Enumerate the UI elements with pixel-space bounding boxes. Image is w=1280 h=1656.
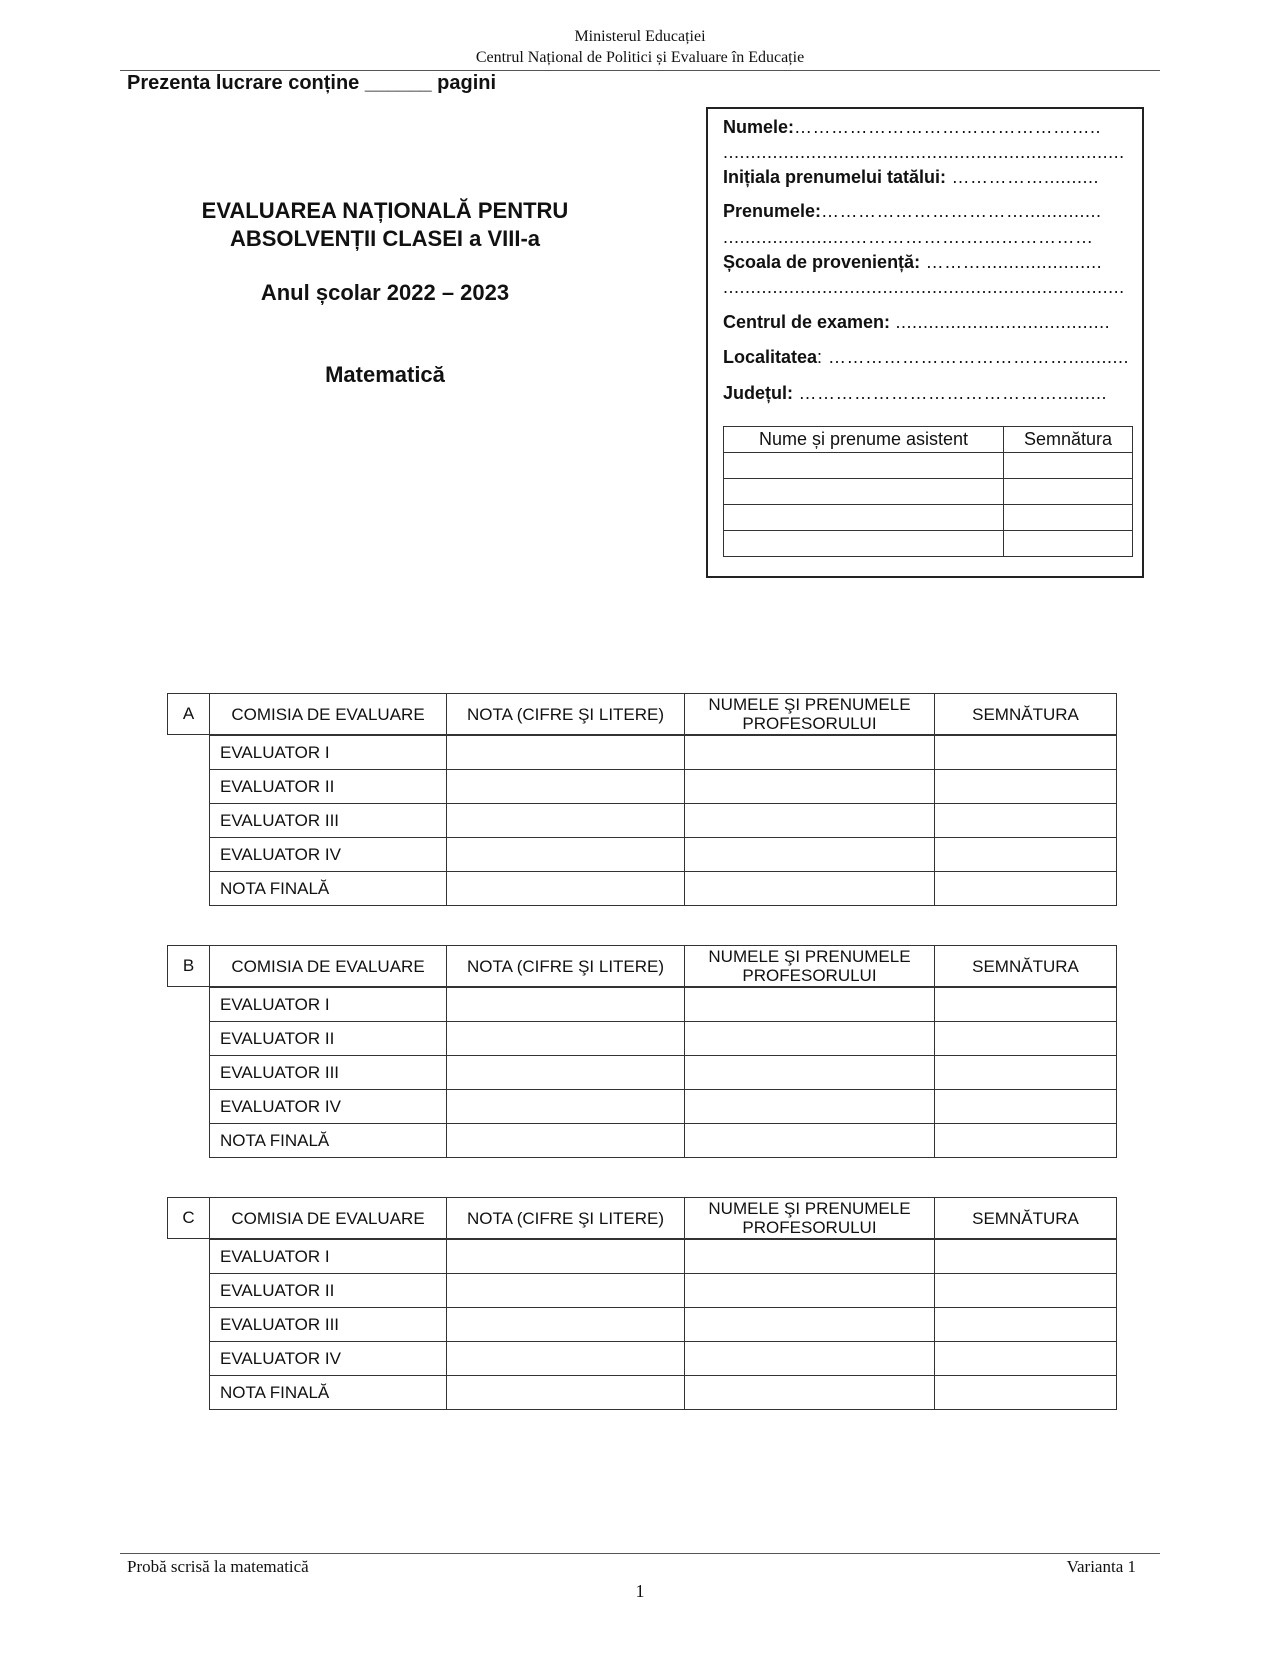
teacher-name-cell-final-grade[interactable]	[684, 1123, 935, 1158]
table-section-letter: A	[167, 693, 210, 735]
assistant-signature-cell[interactable]	[1004, 453, 1133, 479]
exam-title: EVALUAREA NAȚIONALĂ PENTRU ABSOLVENȚII C…	[170, 197, 600, 253]
pages-count-note[interactable]: Prezenta lucrare conține ______ pagini	[127, 72, 496, 95]
assistant-table-header: Nume și prenume asistentSemnătura	[724, 427, 1133, 453]
row-label-evaluator-i: EVALUATOR I	[209, 1239, 447, 1274]
signature-cell-evaluator-ii[interactable]	[934, 1273, 1117, 1308]
signature-cell-final-grade[interactable]	[934, 1123, 1117, 1158]
teacher-name-cell-evaluator-iii[interactable]	[684, 1055, 935, 1090]
id-field[interactable]: Școala de proveniență: ………..............…	[723, 252, 1133, 273]
header-grade: NOTA (CIFRE ŞI LITERE)	[446, 945, 685, 987]
exam-title-line1: EVALUAREA NAȚIONALĂ PENTRU	[170, 197, 600, 225]
id-field[interactable]: Localitatea: …………………………………...........	[723, 347, 1133, 368]
center-name: Centrul Național de Politici și Evaluare…	[0, 49, 1280, 67]
header-teacher-name: NUMELE ŞI PRENUMELE PROFESORULUI	[684, 693, 935, 735]
assistant-signature-cell[interactable]	[1004, 479, 1133, 505]
header-teacher-name: NUMELE ŞI PRENUMELE PROFESORULUI	[684, 1197, 935, 1239]
id-field-dots[interactable]: ………......................	[920, 252, 1102, 272]
grade-cell-evaluator-ii[interactable]	[446, 1273, 685, 1308]
footer-rule	[120, 1553, 1160, 1554]
grade-cell-final-grade[interactable]	[446, 1123, 685, 1158]
header-rule	[120, 70, 1160, 71]
row-label-final-grade: NOTA FINALĂ	[209, 871, 447, 906]
assistant-table-row	[724, 479, 1133, 505]
assistant-signature-header: Semnătura	[1004, 427, 1133, 453]
signature-cell-evaluator-iii[interactable]	[934, 803, 1117, 838]
signature-cell-final-grade[interactable]	[934, 1375, 1117, 1410]
id-field[interactable]: Județul: …………………………………….........	[723, 383, 1133, 404]
id-field-dots[interactable]: : …………………………………...........	[817, 347, 1129, 367]
id-field-continuation[interactable]: ........................................…	[723, 142, 1133, 163]
signature-cell-evaluator-iv[interactable]	[934, 1089, 1117, 1124]
teacher-name-cell-final-grade[interactable]	[684, 1375, 935, 1410]
signature-cell-evaluator-iv[interactable]	[934, 1341, 1117, 1376]
assistant-table: Nume și prenume asistentSemnătura	[723, 426, 1133, 557]
row-label-evaluator-i: EVALUATOR I	[209, 987, 447, 1022]
row-label-final-grade: NOTA FINALĂ	[209, 1375, 447, 1410]
id-field-continuation[interactable]: ........................................…	[723, 277, 1133, 298]
signature-cell-evaluator-i[interactable]	[934, 735, 1117, 770]
row-label-evaluator-iv: EVALUATOR IV	[209, 1089, 447, 1124]
row-label-evaluator-i: EVALUATOR I	[209, 735, 447, 770]
header-grade: NOTA (CIFRE ŞI LITERE)	[446, 693, 685, 735]
teacher-name-cell-evaluator-ii[interactable]	[684, 1273, 935, 1308]
id-field-label: Prenumele:	[723, 201, 821, 221]
header-signature: SEMNĂTURA	[934, 1197, 1117, 1239]
id-field-label: Județul:	[723, 383, 793, 403]
header-commission: COMISIA DE EVALUARE	[209, 1197, 447, 1239]
id-field-dots[interactable]: ……………………………..............	[821, 201, 1102, 221]
signature-cell-final-grade[interactable]	[934, 871, 1117, 906]
teacher-name-cell-evaluator-iv[interactable]	[684, 837, 935, 872]
grade-cell-evaluator-ii[interactable]	[446, 1021, 685, 1056]
teacher-name-cell-evaluator-i[interactable]	[684, 735, 935, 770]
header-teacher-name: NUMELE ŞI PRENUMELE PROFESORULUI	[684, 945, 935, 987]
grade-cell-evaluator-ii[interactable]	[446, 769, 685, 804]
footer-variant: Varianta 1	[1000, 1557, 1136, 1577]
header-commission: COMISIA DE EVALUARE	[209, 945, 447, 987]
id-field-label: Centrul de examen:	[723, 312, 890, 332]
id-field-label: Școala de proveniență:	[723, 252, 920, 272]
header-signature: SEMNĂTURA	[934, 693, 1117, 735]
id-field[interactable]: Prenumele:……………………………..............	[723, 201, 1133, 222]
footer-exam-name: Probă scrisă la matematică	[127, 1557, 309, 1577]
assistant-name-cell[interactable]	[724, 531, 1004, 557]
signature-cell-evaluator-iii[interactable]	[934, 1307, 1117, 1342]
id-field[interactable]: Inițiala prenumelui tatălui: ……………......…	[723, 167, 1133, 188]
row-label-evaluator-ii: EVALUATOR II	[209, 1021, 447, 1056]
assistant-table-row	[724, 505, 1133, 531]
row-label-evaluator-iii: EVALUATOR III	[209, 1307, 447, 1342]
assistant-signature-cell[interactable]	[1004, 505, 1133, 531]
grade-cell-final-grade[interactable]	[446, 1375, 685, 1410]
header-grade: NOTA (CIFRE ŞI LITERE)	[446, 1197, 685, 1239]
row-label-evaluator-iii: EVALUATOR III	[209, 803, 447, 838]
id-field-dots[interactable]: …………………………………………..	[794, 117, 1101, 137]
signature-cell-evaluator-ii[interactable]	[934, 769, 1117, 804]
grade-cell-evaluator-iv[interactable]	[446, 837, 685, 872]
assistant-name-header: Nume și prenume asistent	[724, 427, 1004, 453]
id-field-label: Inițiala prenumelui tatălui:	[723, 167, 946, 187]
grade-cell-evaluator-iii[interactable]	[446, 1055, 685, 1090]
grade-cell-evaluator-i[interactable]	[446, 987, 685, 1022]
row-label-evaluator-iv: EVALUATOR IV	[209, 1341, 447, 1376]
header-commission: COMISIA DE EVALUARE	[209, 693, 447, 735]
teacher-name-cell-evaluator-iv[interactable]	[684, 1089, 935, 1124]
teacher-name-cell-evaluator-iv[interactable]	[684, 1341, 935, 1376]
signature-cell-evaluator-ii[interactable]	[934, 1021, 1117, 1056]
school-year: Anul școlar 2022 – 2023	[170, 280, 600, 306]
id-field-dots[interactable]: ……………..........	[946, 167, 1099, 187]
header-signature: SEMNĂTURA	[934, 945, 1117, 987]
teacher-name-cell-final-grade[interactable]	[684, 871, 935, 906]
row-label-final-grade: NOTA FINALĂ	[209, 1123, 447, 1158]
id-field-label: Localitatea	[723, 347, 817, 367]
table-section-letter: C	[167, 1197, 210, 1239]
assistant-table-row	[724, 453, 1133, 479]
id-field-dots[interactable]: .......................................	[890, 312, 1110, 332]
signature-cell-evaluator-i[interactable]	[934, 987, 1117, 1022]
teacher-name-cell-evaluator-i[interactable]	[684, 1239, 935, 1274]
page-number: 1	[0, 1581, 1280, 1602]
id-field-label: Numele:	[723, 117, 794, 137]
grade-cell-evaluator-iii[interactable]	[446, 803, 685, 838]
signature-cell-evaluator-iv[interactable]	[934, 837, 1117, 872]
grade-cell-evaluator-iv[interactable]	[446, 1341, 685, 1376]
assistant-name-cell[interactable]	[724, 479, 1004, 505]
teacher-name-cell-evaluator-i[interactable]	[684, 987, 935, 1022]
row-label-evaluator-iii: EVALUATOR III	[209, 1055, 447, 1090]
assistant-name-cell[interactable]	[724, 505, 1004, 531]
subject: Matematică	[170, 362, 600, 388]
id-field[interactable]: Centrul de examen: .....................…	[723, 312, 1133, 333]
teacher-name-cell-evaluator-ii[interactable]	[684, 769, 935, 804]
grade-cell-evaluator-i[interactable]	[446, 735, 685, 770]
grade-cell-final-grade[interactable]	[446, 871, 685, 906]
ministry-name: Ministerul Educației	[0, 28, 1280, 46]
candidate-id-box: Județul: …………………………………….........Localita…	[706, 107, 1144, 578]
row-label-evaluator-ii: EVALUATOR II	[209, 769, 447, 804]
table-section-letter: B	[167, 945, 210, 987]
id-field-continuation[interactable]: .......................……………….…...……………	[723, 227, 1133, 248]
teacher-name-cell-evaluator-iii[interactable]	[684, 803, 935, 838]
grade-cell-evaluator-i[interactable]	[446, 1239, 685, 1274]
row-label-evaluator-iv: EVALUATOR IV	[209, 837, 447, 872]
exam-title-line2: ABSOLVENȚII CLASEI a VIII-a	[170, 225, 600, 253]
assistant-signature-cell[interactable]	[1004, 531, 1133, 557]
row-label-evaluator-ii: EVALUATOR II	[209, 1273, 447, 1308]
id-field[interactable]: Numele:…………………………………………..	[723, 117, 1133, 138]
signature-cell-evaluator-iii[interactable]	[934, 1055, 1117, 1090]
assistant-name-cell[interactable]	[724, 453, 1004, 479]
teacher-name-cell-evaluator-ii[interactable]	[684, 1021, 935, 1056]
grade-cell-evaluator-iv[interactable]	[446, 1089, 685, 1124]
teacher-name-cell-evaluator-iii[interactable]	[684, 1307, 935, 1342]
id-field-dots[interactable]: …………………………………….........	[793, 383, 1107, 403]
signature-cell-evaluator-i[interactable]	[934, 1239, 1117, 1274]
grade-cell-evaluator-iii[interactable]	[446, 1307, 685, 1342]
assistant-table-row	[724, 531, 1133, 557]
